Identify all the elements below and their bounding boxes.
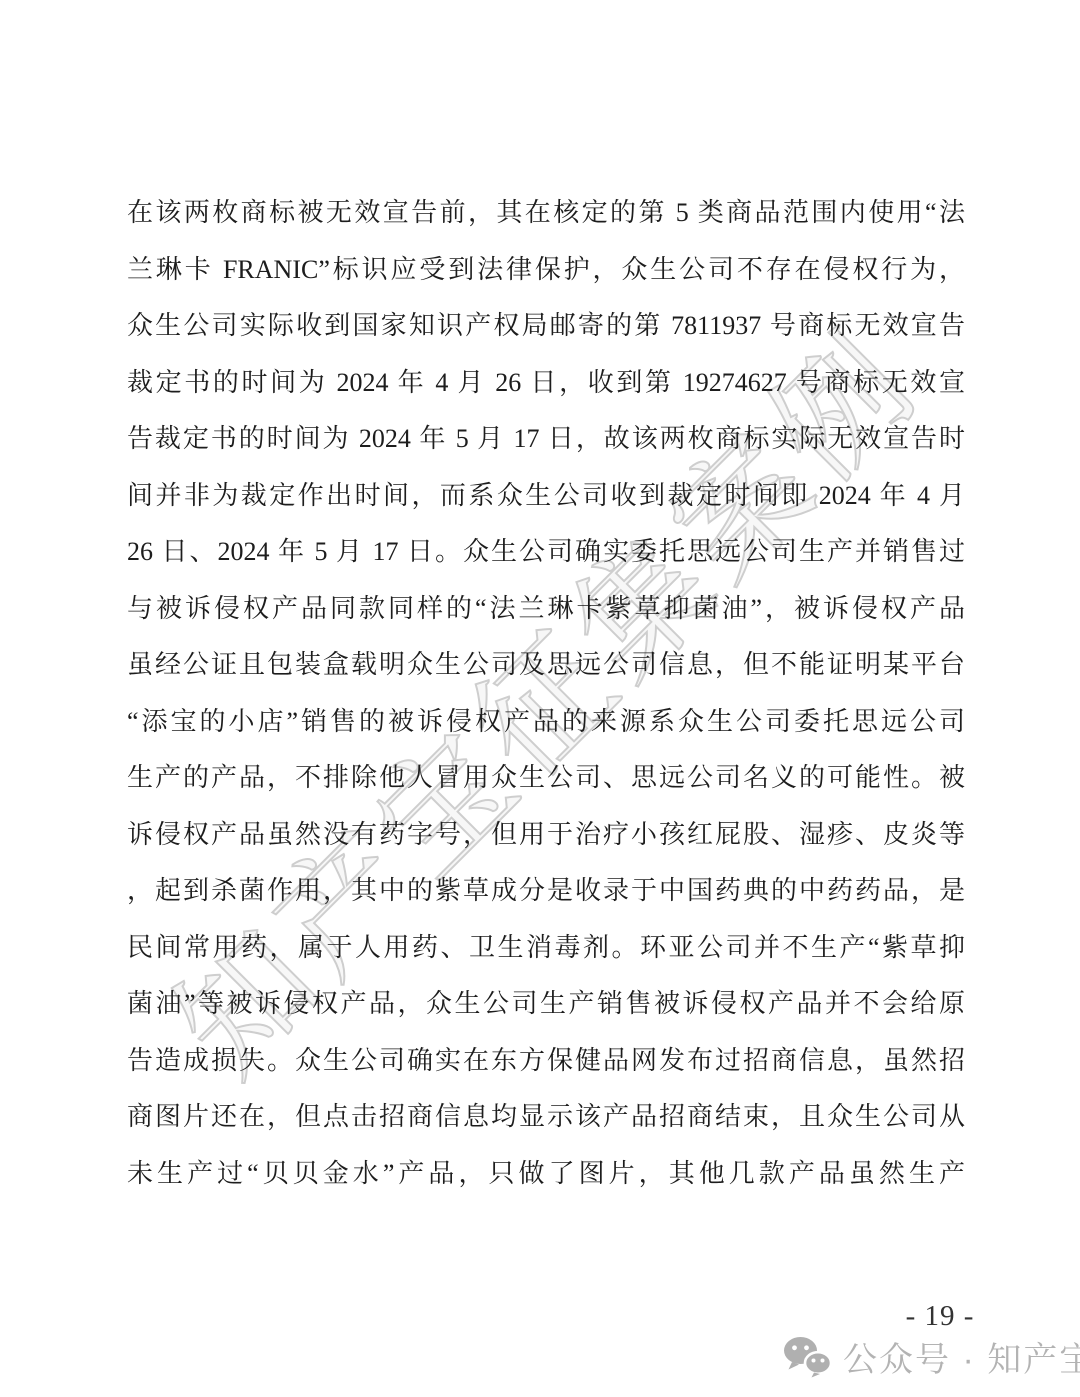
text-line: 虽经公证且包装盒载明众生公司及思远公司信息，但不能证明某平台 bbox=[127, 637, 965, 694]
text-line: 26 日、2024 年 5 月 17 日。众生公司确实委托思远公司生产并销售过 bbox=[127, 524, 965, 581]
text-line: 间并非为裁定作出时间，而系众生公司收到裁定时间即 2024 年 4 月 bbox=[127, 468, 965, 525]
text-line: 裁定书的时间为 2024 年 4 月 26 日，收到第 19274627 号商标… bbox=[127, 355, 965, 412]
wechat-account-label: 公众号 · 知产宝 bbox=[843, 1332, 1080, 1381]
text-line: 众生公司实际收到国家知识产权局邮寄的第 7811937 号商标无效宣告 bbox=[127, 298, 965, 355]
text-line: 民间常用药，属于人用药、卫生消毒剂。环亚公司并不生产“紫草抑 bbox=[127, 920, 965, 977]
text-line: 生产的产品，不排除他人冒用众生公司、思远公司名义的可能性。被 bbox=[127, 750, 965, 807]
text-line: “添宝的小店”销售的被诉侵权产品的来源系众生公司委托思远公司 bbox=[127, 694, 965, 751]
text-line: 在该两枚商标被无效宣告前，其在核定的第 5 类商品范围内使用“法 bbox=[127, 185, 965, 242]
text-line: 未生产过“贝贝金水”产品，只做了图片，其他几款产品虽然生产 bbox=[127, 1146, 965, 1203]
text-line: 诉侵权产品虽然没有药字号，但用于治疗小孩红屁股、湿疹、皮炎等 bbox=[127, 807, 965, 864]
text-line: 菌油”等被诉侵权产品，众生公司生产销售被诉侵权产品并不会给原 bbox=[127, 976, 965, 1033]
text-line: 告裁定书的时间为 2024 年 5 月 17 日，故该两枚商标实际无效宣告时 bbox=[127, 411, 965, 468]
text-line: 商图片还在，但点击招商信息均显示该产品招商结束，且众生公司从 bbox=[127, 1089, 965, 1146]
wechat-icon bbox=[783, 1336, 833, 1378]
text-line: 兰琳卡 FRANIC”标识应受到法律保护，众生公司不存在侵权行为， bbox=[127, 242, 965, 299]
page-number: - 19 - bbox=[860, 1300, 1020, 1333]
body-text: 在该两枚商标被无效宣告前，其在核定的第 5 类商品范围内使用“法 兰琳卡 FRA… bbox=[127, 185, 965, 1202]
wechat-footer: 公众号 · 知产宝 bbox=[783, 1332, 1080, 1381]
document-page: 知产宝征集案例 在该两枚商标被无效宣告前，其在核定的第 5 类商品范围内使用“法… bbox=[0, 0, 1080, 1397]
text-line: ，起到杀菌作用，其中的紫草成分是收录于中国药典的中药药品，是 bbox=[127, 863, 965, 920]
text-line: 告造成损失。众生公司确实在东方保健品网发布过招商信息，虽然招 bbox=[127, 1033, 965, 1090]
text-line: 与被诉侵权产品同款同样的“法兰琳卡紫草抑菌油”，被诉侵权产品 bbox=[127, 581, 965, 638]
